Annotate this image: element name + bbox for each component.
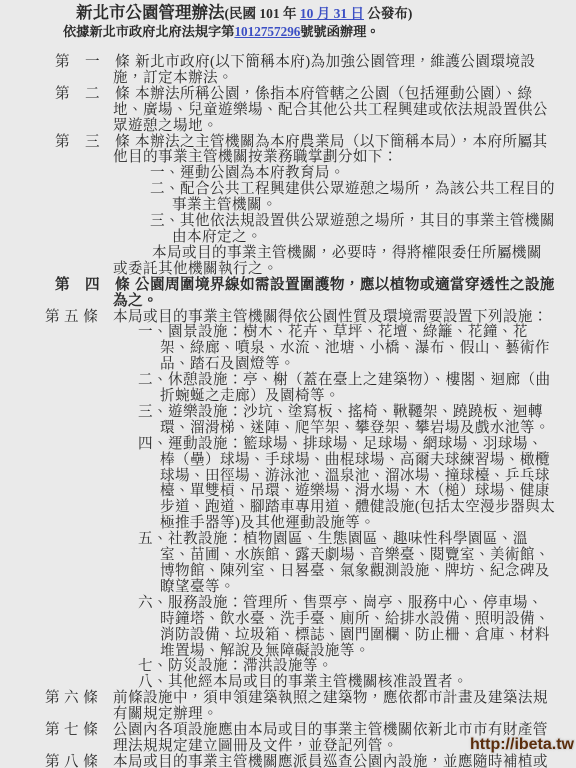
article-paragraph-item: 一、運動公園為本府教育局。: [172, 166, 556, 182]
basis-text-post: 號號函辦理。: [300, 24, 379, 39]
article-paragraph-item2: 五、社教設施：植物園區、生態園區、趣味性科學園區、溫室、苗圃、水族館、露天劇場、…: [160, 532, 556, 596]
article-paragraph-item2: 七、防災設施：滯洪設施等。: [160, 659, 556, 675]
article-paragraph-item2: 八、其他經本局或目的事業主管機關核准設置者。: [160, 675, 556, 691]
document-page: 新北市公園管理辦法(民國 101 年 10 月 31 日 公發布) 依據新北市政…: [0, 0, 576, 768]
promulgation-note-post: 公發布): [364, 6, 412, 21]
article-label: 第 八 條: [45, 755, 98, 768]
promulgation-date-link[interactable]: 10 月 31 日: [300, 6, 364, 21]
article-paragraph-item2: 二、休憩設施：亭、榭（蓋在臺上之建築物）、樓閣、迴廊（曲折蜿蜒之走廊）及園椅等。: [160, 373, 556, 405]
article: 第 八 條本局或目的事業主管機關應派員巡查公園內設施，並應隨時補植或: [0, 755, 576, 768]
article-paragraph-item2: 三、遊樂設施：沙坑、塗寫板、搖椅、鞦韆架、蹺蹺板、迴轉環、溜滑梯、迷陣、爬竿架、…: [160, 405, 556, 437]
doc-header: 新北市公園管理辦法(民國 101 年 10 月 31 日 公發布) 依據新北市政…: [0, 0, 576, 40]
article-label: 第 三 條: [55, 135, 130, 151]
article-label: 第 四 條: [55, 278, 130, 294]
watermark: http://ibeta.tw: [470, 736, 574, 754]
article: 第 五 條本局或目的事業主管機關得依公園性質及環境需要設置下列設施：一、園景設施…: [0, 310, 576, 692]
basis-line: 依據新北市政府北府法規字第1012757296號號函辦理。: [63, 24, 576, 40]
article-label: 第 二 條: [55, 87, 130, 103]
article-paragraph-body: 本辦法所稱公園，係指本府管轄之公園（包括運動公園）、綠地、廣場、兒童遊樂場、配合…: [113, 87, 556, 135]
article: 第 三 條本辦法之主管機關為本府農業局（以下簡稱本局），本府所屬其他目的事業主管…: [0, 135, 576, 278]
article: 第 四 條公園周圍境界線如需設置圍護物，應以植物或適當穿透性之設施為之。: [0, 278, 576, 310]
article-label: 第 五 條: [45, 310, 98, 326]
article: 第 一 條新北市政府(以下簡稱本府)為加強公園管理，維護公園環境設施，訂定本辦法…: [0, 55, 576, 87]
promulgation-note-pre: (民國 101 年: [225, 6, 300, 21]
article-paragraph-item2: 一、園景設施：樹木、花卉、草坪、花壇、綠籬、花鐘、花架、綠廊、噴泉、水流、池塘、…: [160, 325, 556, 373]
page-title: 新北市公園管理辦法: [76, 3, 225, 22]
article-paragraph-item: 二、配合公共工程興建供公眾遊憩之場所，為該公共工程目的事業主管機關。: [172, 182, 556, 214]
article: 第 六 條前條設施中，須申領建築執照之建築物，應依都市計畫及建築法規有關規定辦理…: [0, 691, 576, 723]
article-paragraph-body: 本局或目的事業主管機關應派員巡查公園內設施，並應隨時補植或: [113, 755, 556, 768]
article-paragraph-closing: 本局或目的事業主管機關，必要時，得將權限委任所屬機關或委託其他機關執行之。: [113, 246, 556, 278]
basis-text-pre: 依據新北市政府北府法規字第: [63, 24, 234, 39]
article-paragraph-body: 公園周圍境界線如需設置圍護物，應以植物或適當穿透性之設施為之。: [113, 278, 556, 310]
promulgation-note: (民國 101 年 10 月 31 日 公發布): [225, 6, 413, 21]
article-label: 第 七 條: [45, 723, 98, 739]
article-label: 第 六 條: [45, 691, 98, 707]
article-paragraph-item: 三、其他依法規設置供公眾遊憩之場所，其目的事業主管機關由本府定之。: [172, 214, 556, 246]
title-line: 新北市公園管理辦法(民國 101 年 10 月 31 日 公發布): [76, 3, 576, 24]
articles: 第 一 條新北市政府(以下簡稱本府)為加強公園管理，維護公園環境設施，訂定本辦法…: [0, 55, 576, 768]
article-paragraph-body: 前條設施中，須申領建築執照之建築物，應依都市計畫及建築法規有關規定辦理。: [113, 691, 556, 723]
basis-number-link[interactable]: 1012757296: [234, 24, 300, 39]
article-paragraph-item2: 六、服務設施：管理所、售票亭、崗亭、服務中心、停車場、時鐘塔、飲水臺、洗手臺、廁…: [160, 596, 556, 660]
article: 第 二 條本辦法所稱公園，係指本府管轄之公園（包括運動公園）、綠地、廣場、兒童遊…: [0, 87, 576, 135]
article-paragraph-body: 本辦法之主管機關為本府農業局（以下簡稱本局），本府所屬其他目的事業主管機關按業務…: [113, 135, 556, 167]
article-label: 第 一 條: [55, 55, 130, 71]
article-paragraph-body: 新北市政府(以下簡稱本府)為加強公園管理，維護公園環境設施，訂定本辦法。: [113, 55, 556, 87]
article-paragraph-item2: 四、運動設施：籃球場、排球場、足球場、網球場、羽球場、棒（壘）球場、手球場、曲棍…: [160, 437, 556, 532]
